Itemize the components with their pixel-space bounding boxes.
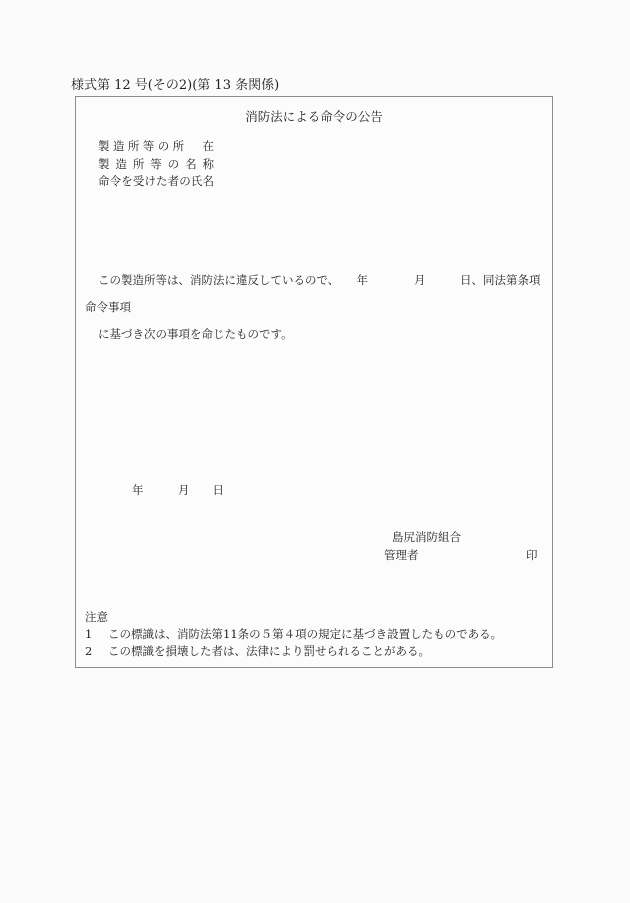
seal-mark: 印: [526, 548, 538, 562]
field-labels: 製造所等の所 在 製造所等の名称 命令を受けた者の氏名: [98, 138, 214, 191]
document-page: 様式第 12 号(その2)(第 13 条関係) 消防法による命令の公告 製造所等…: [0, 0, 630, 903]
field-row-location: 製造所等の所 在: [98, 138, 214, 156]
notice-body-line-2: に基づき次の事項を命じたものです。: [98, 325, 548, 343]
notes-heading: 注意: [85, 609, 547, 626]
signature-title: 管理者: [384, 548, 419, 562]
notes-section: 注意 1 この標識は、消防法第11条の５第４項の規定に基づき設置したものである。…: [85, 609, 547, 660]
note-item-2-number: 2: [85, 643, 108, 660]
note-item-2: 2 この標識を損壊した者は、法律により罰せられることがある。: [85, 643, 547, 660]
field-row-name: 製造所等の名称: [98, 156, 214, 174]
form-number: 様式第 12 号(その2)(第 13 条関係): [71, 78, 279, 93]
signature-organization: 島尻消防組合: [392, 530, 461, 544]
notice-body: この製造所等は、消防法に違反しているので、 年 月 日、同法第条項 に基づき次の…: [98, 235, 548, 379]
signature-row: 管理者 印: [384, 548, 544, 562]
field-label-location: 製造所等の所 在: [98, 138, 214, 156]
field-row-recipient: 命令を受けた者の氏名: [98, 173, 214, 191]
note-item-1-text: この標識は、消防法第11条の５第４項の規定に基づき設置したものである。: [108, 626, 502, 643]
field-label-name: 製造所等の名称: [98, 156, 214, 174]
notice-title: 消防法による命令の公告: [76, 109, 552, 124]
order-items-label: 命令事項: [85, 300, 131, 314]
notice-body-line-1: この製造所等は、消防法に違反しているので、 年 月 日、同法第条項: [98, 271, 548, 289]
note-item-1: 1 この標識は、消防法第11条の５第４項の規定に基づき設置したものである。: [85, 626, 547, 643]
date-line: 年 月 日: [132, 483, 224, 497]
note-item-1-number: 1: [85, 626, 108, 643]
notice-box: 消防法による命令の公告 製造所等の所 在 製造所等の名称 命令を受けた者の氏名 …: [75, 96, 553, 668]
field-label-recipient: 命令を受けた者の氏名: [98, 173, 214, 191]
note-item-2-text: この標識を損壊した者は、法律により罰せられることがある。: [108, 643, 430, 660]
